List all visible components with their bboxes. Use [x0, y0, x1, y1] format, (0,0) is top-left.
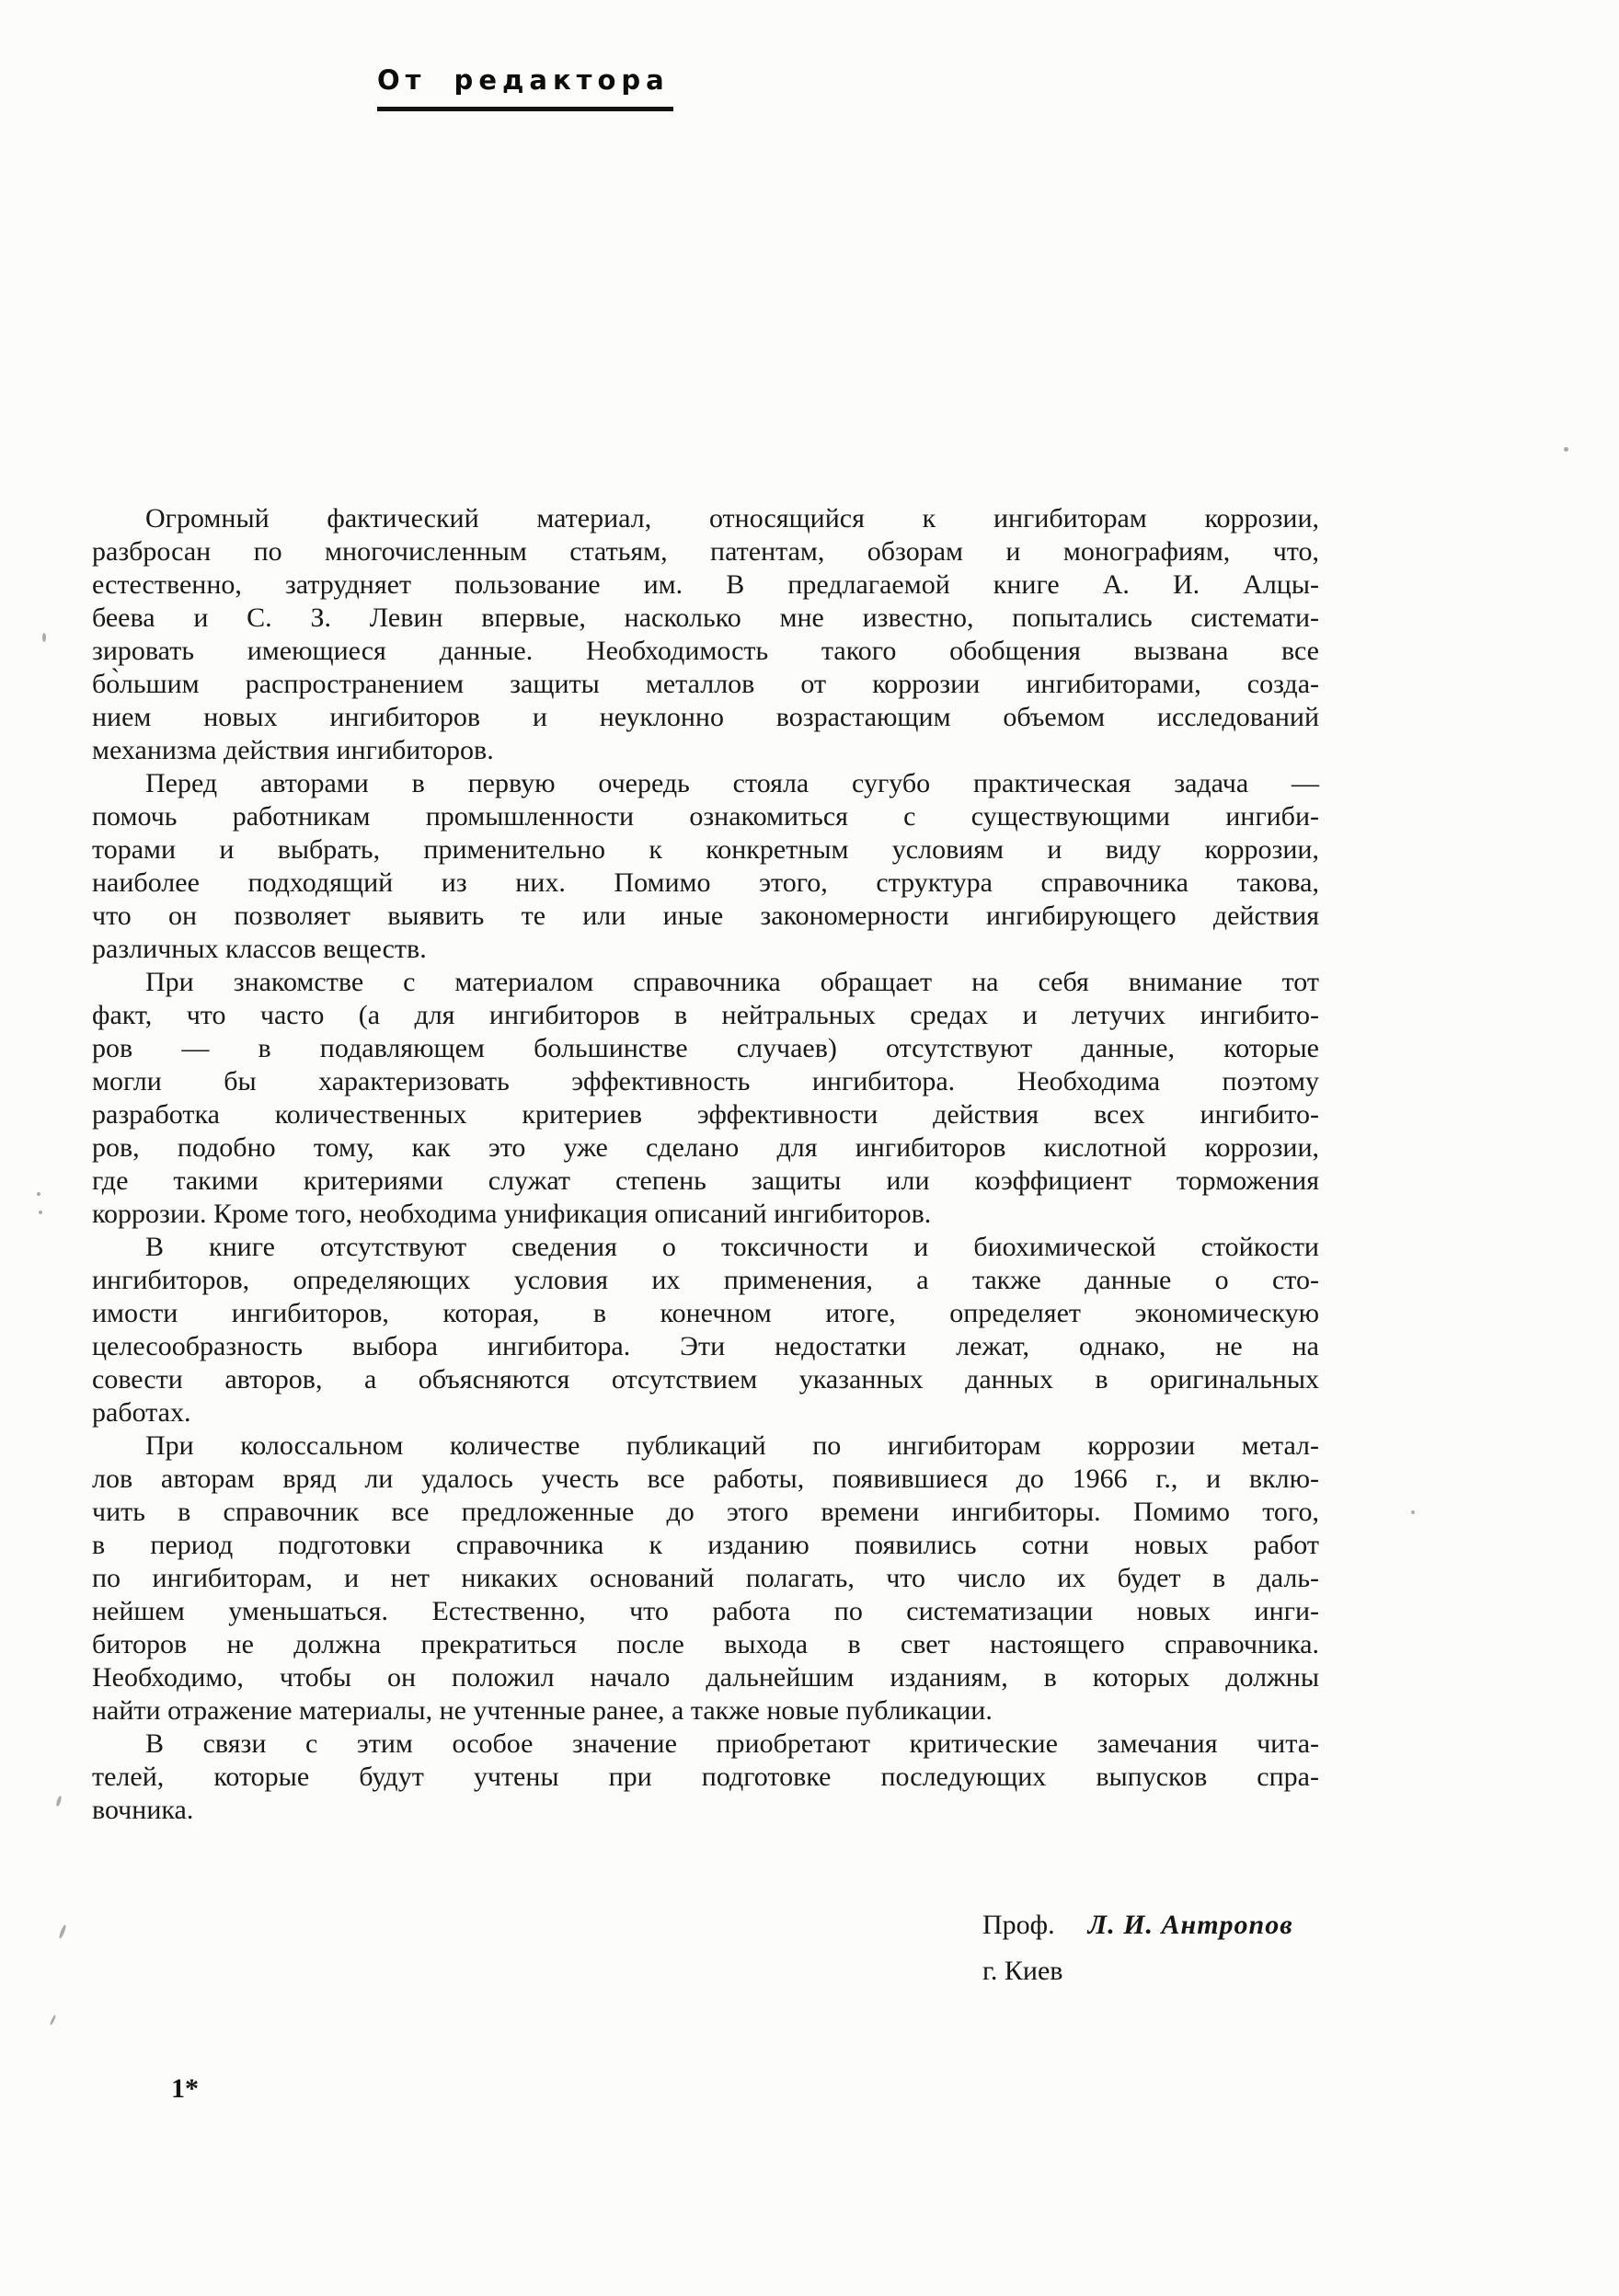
scan-speck [1564, 447, 1568, 452]
page-title: От редактора [377, 64, 673, 111]
text-line: бо̀льшим распространением защиты металло… [92, 668, 1319, 701]
text-line: коррозии. Кроме того, необходима унифика… [92, 1198, 1319, 1231]
foreword-text: Огромный фактический материал, относящий… [92, 502, 1319, 1827]
text-line: совести авторов, а объясняются отсутстви… [92, 1363, 1319, 1396]
text-line: механизма действия ингибиторов. [92, 734, 1319, 767]
text-line: Необходимо, чтобы он положил начало даль… [92, 1661, 1319, 1694]
paragraph: В связи с этим особое значение приобрета… [92, 1728, 1319, 1827]
text-line: В связи с этим особое значение приобрета… [92, 1728, 1319, 1761]
text-line: ров — в подавляющем большинстве случаев)… [92, 1032, 1319, 1065]
scan-speck [42, 633, 46, 642]
text-line: что он позволяет выявить те или иные зак… [92, 900, 1319, 933]
signature-line: Проф.Л. И. Антропов [982, 1910, 1293, 1941]
text-line: наиболее подходящий из них. Помимо этого… [92, 867, 1319, 900]
scan-speck [1411, 1510, 1415, 1514]
text-line: найти отражение материалы, не учтенные р… [92, 1694, 1319, 1728]
text-line: где такими критериями служат степень защ… [92, 1165, 1319, 1198]
text-line: ингибиторов, определяющих условия их при… [92, 1264, 1319, 1297]
text-line: В книге отсутствуют сведения о токсичнос… [92, 1231, 1319, 1264]
text-line: торами и выбрать, применительно к конкре… [92, 833, 1319, 867]
text-line: по ингибиторам, и нет никаких оснований … [92, 1562, 1319, 1595]
text-line: ров, подобно тому, как это уже сделано д… [92, 1131, 1319, 1165]
signature-prefix: Проф. [982, 1910, 1055, 1940]
scan-speck [55, 1796, 63, 1808]
text-line: Перед авторами в первую очередь стояла с… [92, 767, 1319, 800]
paragraph: Огромный фактический материал, относящий… [92, 502, 1319, 767]
text-line: имости ингибиторов, которая, в конечном … [92, 1297, 1319, 1330]
scan-speck [39, 1211, 42, 1214]
text-line: разработка количественных критериев эффе… [92, 1098, 1319, 1131]
text-line: работах. [92, 1396, 1319, 1429]
text-line: могли бы характеризовать эффективность и… [92, 1065, 1319, 1098]
text-line: вочника. [92, 1794, 1319, 1827]
scan-speck [58, 1924, 67, 1939]
text-line: различных классов веществ. [92, 933, 1319, 966]
text-line: помочь работникам промышленности ознаком… [92, 800, 1319, 833]
text-line: в период подготовки справочника к издани… [92, 1529, 1319, 1562]
paragraph: Перед авторами в первую очередь стояла с… [92, 767, 1319, 966]
text-line: естественно, затрудняет пользование им. … [92, 568, 1319, 602]
text-line: зировать имеющиеся данные. Необходимость… [92, 635, 1319, 668]
paragraph: При знакомстве с материалом справочника … [92, 966, 1319, 1231]
scan-speck [37, 1192, 40, 1196]
signature-city: г. Киев [982, 1956, 1293, 1987]
paragraph: В книге отсутствуют сведения о токсичнос… [92, 1231, 1319, 1429]
text-line: нейшем уменьшаться. Естественно, что раб… [92, 1595, 1319, 1628]
text-line: биторов не должна прекратиться после вых… [92, 1628, 1319, 1661]
book-page: От редактора Огромный фактический матери… [0, 0, 1619, 2296]
text-line: При знакомстве с материалом справочника … [92, 966, 1319, 999]
paragraph: При колоссальном количестве публикаций п… [92, 1429, 1319, 1728]
text-line: телей, которые будут учтены при подготов… [92, 1761, 1319, 1794]
signature-block: Проф.Л. И. Антропов г. Киев [982, 1910, 1293, 1987]
text-line: нием новых ингибиторов и неуклонно возра… [92, 701, 1319, 734]
scan-speck [50, 2015, 57, 2026]
text-line: При колоссальном количестве публикаций п… [92, 1429, 1319, 1463]
title-block: От редактора [377, 64, 673, 111]
signature-name: Л. И. Антропов [1088, 1910, 1293, 1940]
text-line: целесообразность выбора ингибитора. Эти … [92, 1330, 1319, 1363]
text-line: беева и С. З. Левин впервые, насколько м… [92, 602, 1319, 635]
page-mark: 1* [171, 2073, 199, 2105]
text-line: чить в справочник все предложенные до эт… [92, 1496, 1319, 1529]
text-line: разбросан по многочисленным статьям, пат… [92, 535, 1319, 568]
text-line: лов авторам вряд ли удалось учесть все р… [92, 1463, 1319, 1496]
text-line: Огромный фактический материал, относящий… [92, 502, 1319, 535]
text-line: факт, что часто (а для ингибиторов в ней… [92, 999, 1319, 1032]
